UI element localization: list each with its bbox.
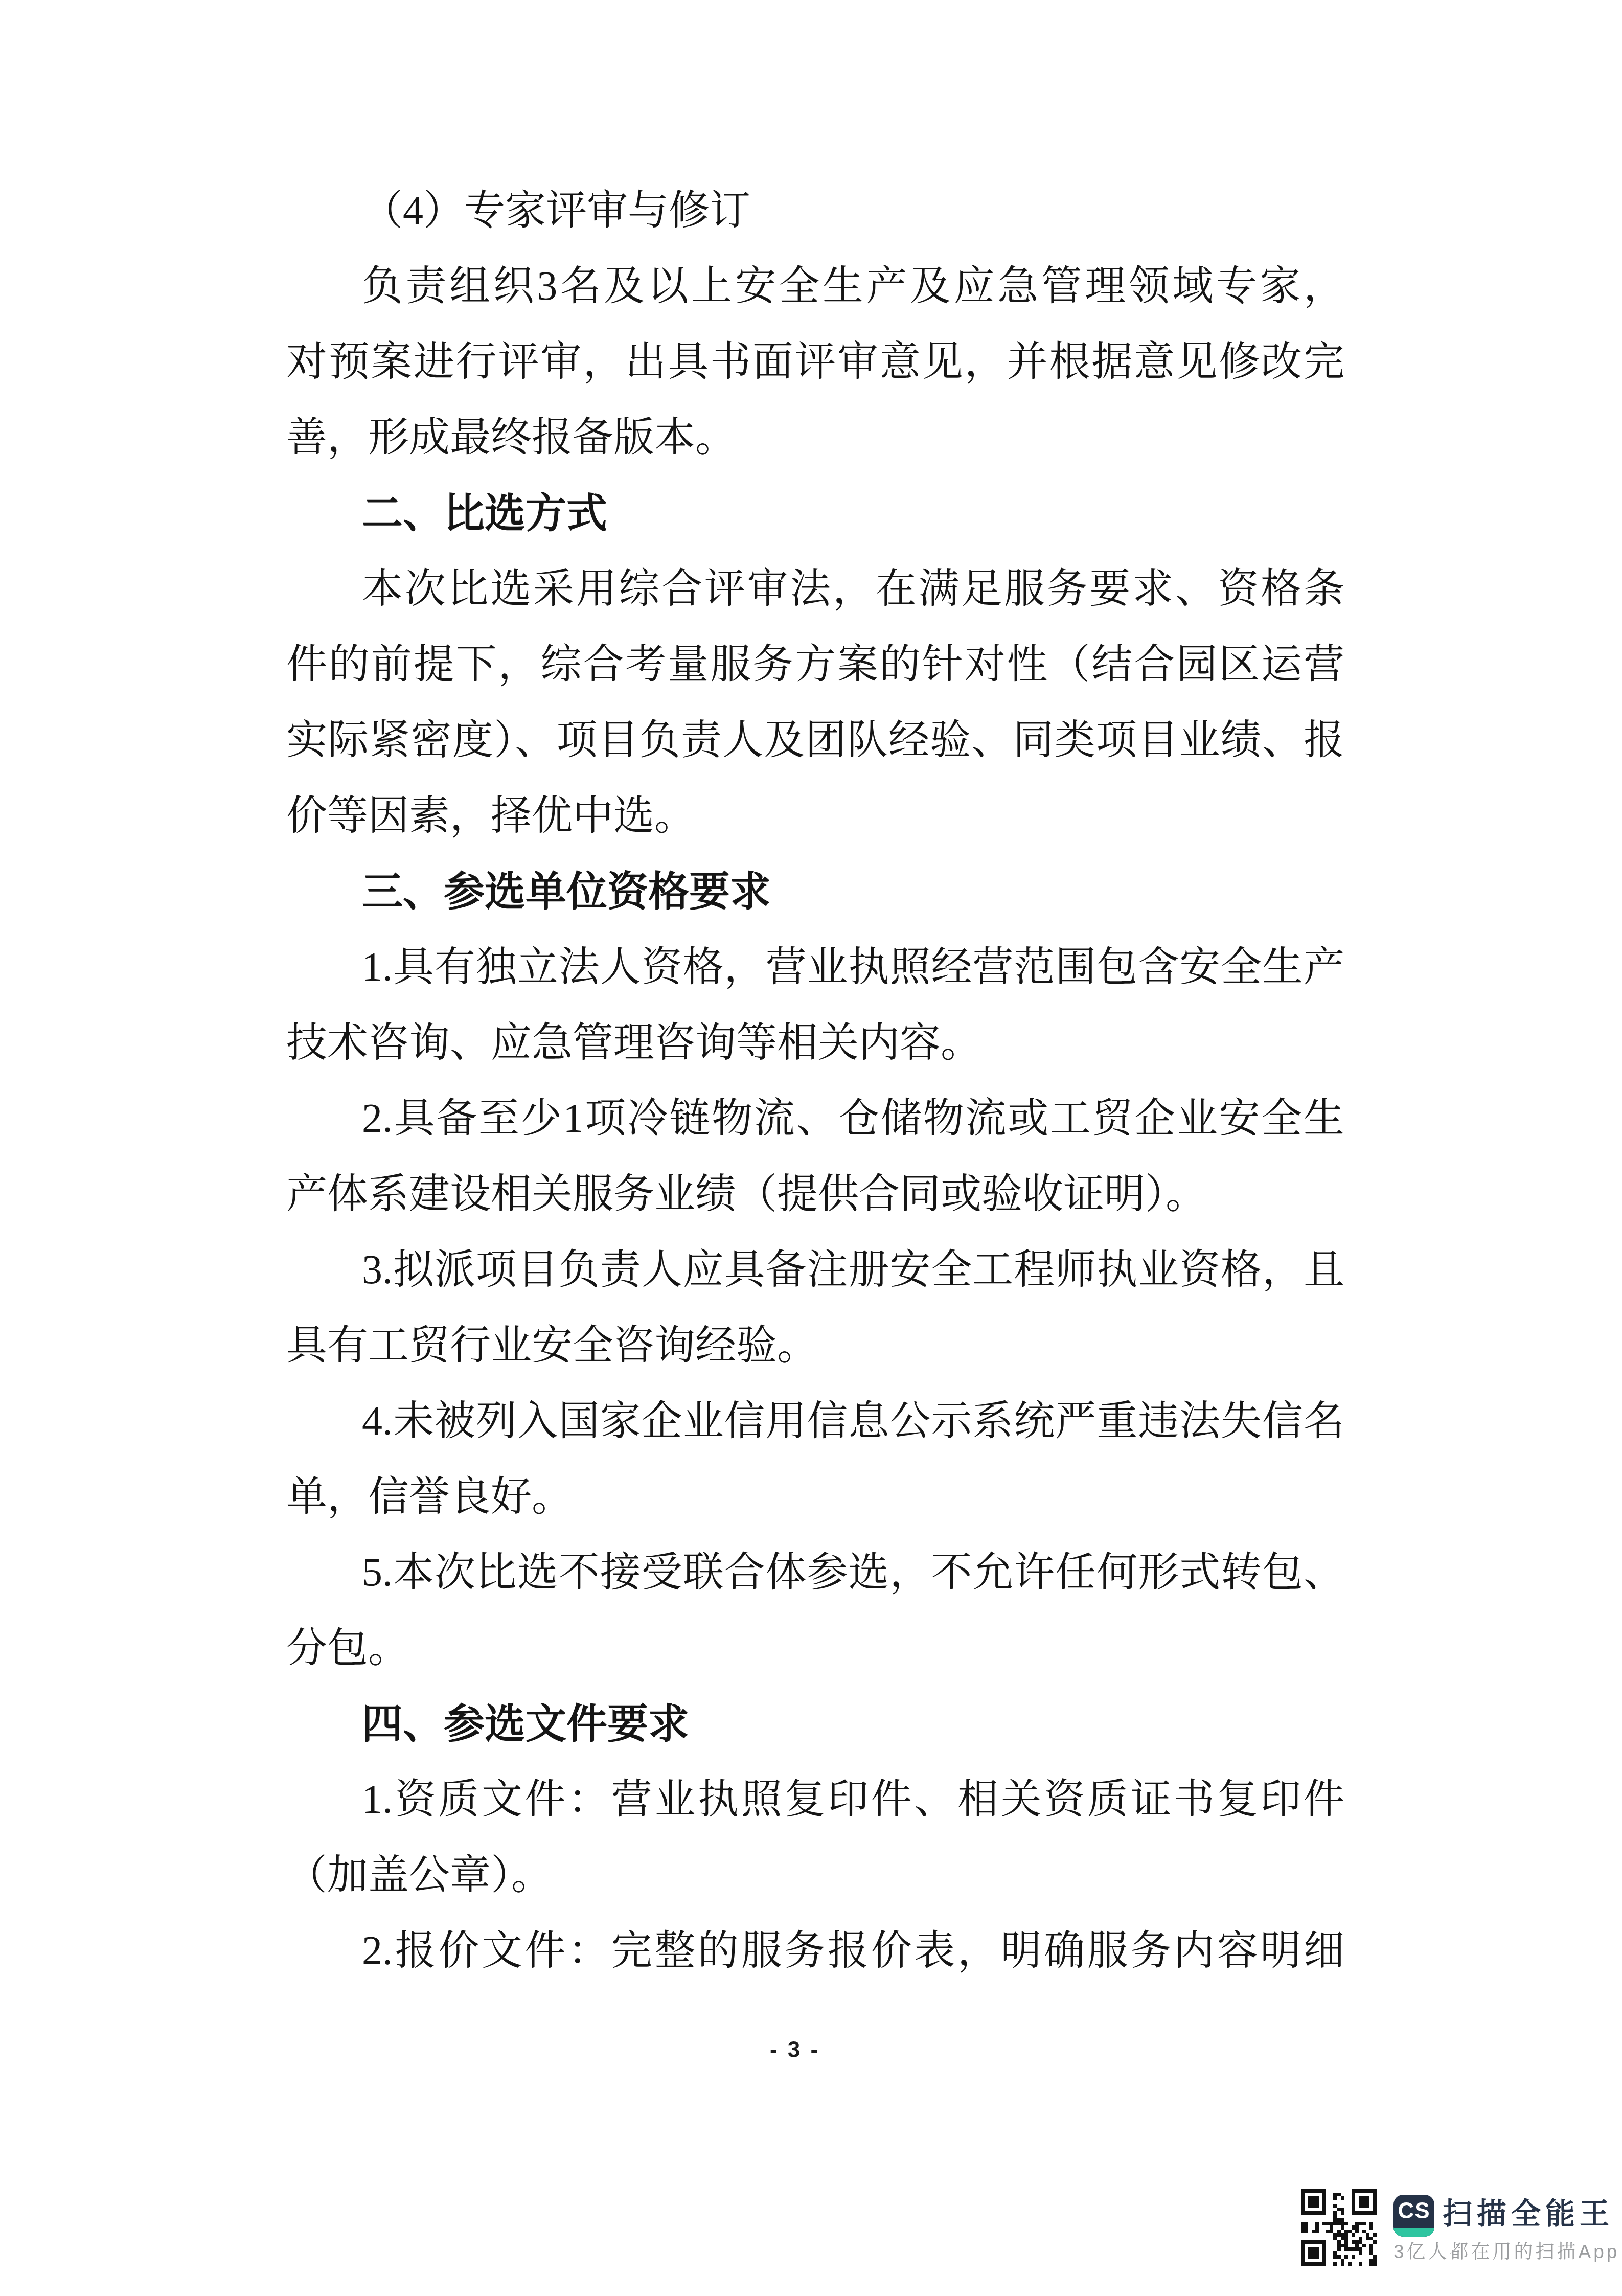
doc-line: 技术咨询、应急管理咨询等相关内容。 [286, 1005, 1344, 1081]
doc-heading: 四、参选文件要求 [286, 1686, 1344, 1762]
doc-line: 价等因素，择优中选。 [286, 778, 1344, 854]
doc-line: 1.资质文件：营业执照复印件、相关资质证书复印件 [286, 1762, 1344, 1837]
doc-line: 负责组织3名及以上安全生产及应急管理领域专家， [286, 248, 1344, 324]
camscanner-app-icon: CS [1393, 2195, 1434, 2237]
scanned-document-page: （4）专家评审与修订 负责组织3名及以上安全生产及应急管理领域专家， 对预案进行… [0, 0, 1622, 2296]
doc-line: 单，信誉良好。 [286, 1459, 1344, 1535]
doc-line: 具有工贸行业安全咨询经验。 [286, 1308, 1344, 1383]
doc-line: 2.具备至少1项冷链物流、仓储物流或工贸企业安全生 [286, 1081, 1344, 1156]
doc-line: 3.拟派项目负责人应具备注册安全工程师执业资格，且 [286, 1232, 1344, 1308]
doc-line: 5.本次比选不接受联合体参选，不允许任何形式转包、 [286, 1535, 1344, 1610]
brand-tagline: 3亿人都在用的扫描App [1393, 2241, 1619, 2263]
page-number: - 3 - [0, 2037, 1590, 2063]
doc-line: 4.未被列入国家企业信用信息公示系统严重违法失信名 [286, 1383, 1344, 1459]
doc-line: 件的前提下，综合考量服务方案的针对性（结合园区运营 [286, 627, 1344, 702]
doc-line: 产体系建设相关服务业绩（提供合同或验收证明）。 [286, 1156, 1344, 1232]
doc-line: 2.报价文件：完整的服务报价表，明确服务内容明细 [286, 1913, 1344, 1989]
doc-heading: 三、参选单位资格要求 [286, 854, 1344, 929]
doc-line: 对预案进行评审，出具书面评审意见，并根据意见修改完 [286, 324, 1344, 400]
cs-logo-green-bar [1393, 2228, 1434, 2237]
doc-heading: 二、比选方式 [286, 475, 1344, 551]
cs-logo-text: CS [1393, 2198, 1434, 2224]
doc-line: 1.具有独立法人资格，营业执照经营范围包含安全生产 [286, 929, 1344, 1005]
camscanner-watermark: CS 扫描全能王 3亿人都在用的扫描App [1301, 2189, 1597, 2276]
document-body: （4）专家评审与修订 负责组织3名及以上安全生产及应急管理领域专家， 对预案进行… [286, 173, 1344, 1989]
brand-name: 扫描全能王 [1443, 2198, 1614, 2231]
doc-line: （加盖公章）。 [286, 1837, 1344, 1913]
doc-line: （4）专家评审与修订 [286, 173, 1344, 248]
qr-code-icon [1301, 2189, 1377, 2266]
doc-line: 善，形成最终报备版本。 [286, 400, 1344, 475]
doc-line: 实际紧密度）、项目负责人及团队经验、同类项目业绩、报 [286, 702, 1344, 778]
doc-line: 本次比选采用综合评审法，在满足服务要求、资格条 [286, 551, 1344, 627]
doc-line: 分包。 [286, 1610, 1344, 1686]
